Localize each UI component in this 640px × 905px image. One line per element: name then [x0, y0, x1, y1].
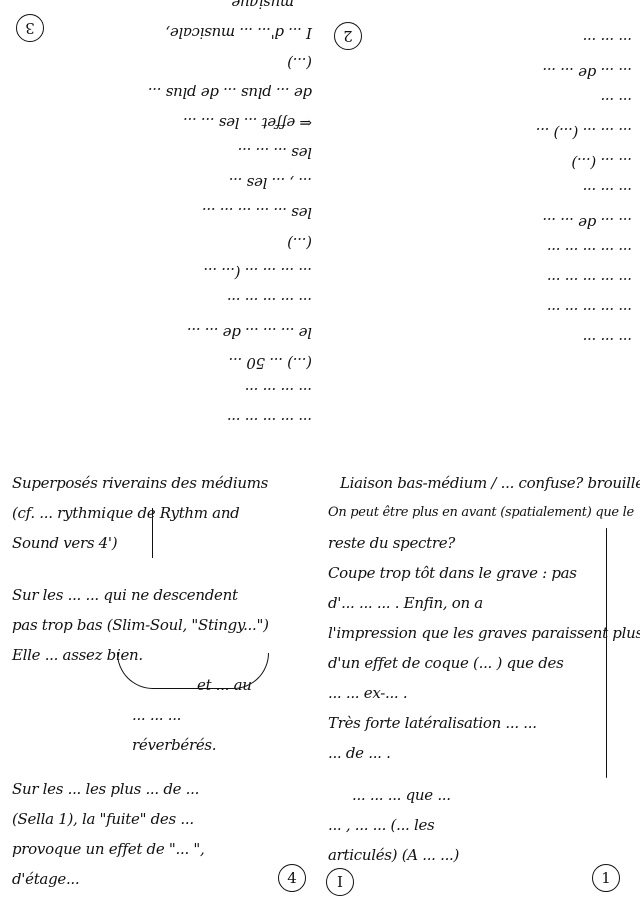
note-line: provoque un effet de "... ",	[12, 834, 312, 864]
note-line: Sur les ... ... qui ne descendent	[12, 580, 312, 610]
margin-bracket	[606, 528, 607, 778]
note-line: Très forte latéralisation ... ...	[328, 708, 632, 738]
note-line: d'étage...	[12, 864, 312, 894]
page-number-4: 4	[278, 864, 306, 892]
page-number-1: 1	[592, 864, 620, 892]
notes-page-1: Liaison bas-médium / ... confuse? brouil…	[328, 468, 632, 898]
note-line: ... ... ex-... .	[328, 678, 632, 708]
note-line: (Sella 1), la "fuite" des ...	[12, 804, 312, 834]
note-line: ... , ... les ...	[8, 168, 312, 198]
note-line: ... ... ... ... ...	[8, 408, 312, 438]
note-line: ... musique	[8, 0, 312, 18]
note-line: Coupe trop tôt dans le grave : pas	[328, 558, 632, 588]
note-line: reste du spectre?	[328, 528, 632, 558]
notes-page-3: 3 ... ... ... ... ... ... ... ... ... (.…	[8, 8, 312, 438]
note-line: (...)	[8, 228, 312, 258]
note-line: ... , ... ... (... les	[328, 810, 632, 840]
note-line: ... ... ... ... (... ...	[8, 258, 312, 288]
note-line: ... de ... .	[328, 738, 632, 768]
note-line: ... ... de ... ...	[328, 58, 632, 88]
note-line: ... ... ... ... ...	[328, 268, 632, 298]
note-line: Sur les ... les plus ... de ...	[12, 774, 312, 804]
note-line: ... ... ... ... ...	[328, 298, 632, 328]
note-line: Superposés riverains des médiums	[12, 468, 312, 498]
page-number-2: 2	[334, 22, 362, 50]
note-line: réverbérés.	[12, 730, 312, 760]
note-line: ... ... (...)	[328, 148, 632, 178]
note-line: ... ... ... ...	[8, 378, 312, 408]
note-line: ... ... ...	[328, 28, 632, 58]
note-line: d'... ... ... . Enfin, on a	[328, 588, 632, 618]
note-line: d'un effet de coque (... ) que des	[328, 648, 632, 678]
note-line: ... ... ...	[12, 700, 312, 730]
note-line: les ... ... ... ... ...	[8, 198, 312, 228]
note-line: ... ... ... ... ...	[328, 238, 632, 268]
note-line: ... ... ... (...) ...	[328, 118, 632, 148]
notes-page-2: 2 ... ... ... ... ... ... ... ... ... ..…	[328, 8, 632, 438]
note-line: articulés) (A ... ...)	[328, 840, 632, 870]
note-line: Liaison bas-médium / ... confuse? brouil…	[328, 468, 632, 498]
note-line: ⇐ effet ... les ... ...	[8, 108, 312, 138]
note-line: l'impression que les graves paraissent p…	[328, 618, 632, 648]
note-line: ... ...	[328, 88, 632, 118]
note-line: pas trop bas (Slim-Soul, "Stingy...")	[12, 610, 312, 640]
note-line: ... ... ...	[328, 328, 632, 358]
note-line: de ... plus ... de plus ...	[8, 78, 312, 108]
insertion-curve	[117, 653, 269, 689]
note-line: ... ... ... ... ...	[8, 288, 312, 318]
bracket-mark	[152, 508, 153, 558]
handwritten-page: 3 ... ... ... ... ... ... ... ... ... (.…	[0, 0, 640, 905]
note-line: Sound vers 4')	[12, 528, 312, 558]
note-line: les ... ... ...	[8, 138, 312, 168]
note-line: ... ... de ... ...	[328, 208, 632, 238]
note-line: (...)	[8, 48, 312, 78]
note-line: (...) ... 50 ...	[8, 348, 312, 378]
note-line: I ... d'... ... musicale,	[8, 18, 312, 48]
note-line: (cf. ... rythmique de Rythm and	[12, 498, 312, 528]
notes-page-4: Superposés riverains des médiums (cf. ..…	[12, 468, 312, 898]
note-line: On peut être plus en avant (spatialement…	[328, 498, 632, 528]
page-number-3: 3	[16, 14, 44, 42]
note-line: ... ... ...	[328, 178, 632, 208]
note-line: le ... ... ... de ... ...	[8, 318, 312, 348]
note-line: ... ... ... que ...	[328, 780, 632, 810]
circled-mark-I: I	[326, 868, 354, 896]
